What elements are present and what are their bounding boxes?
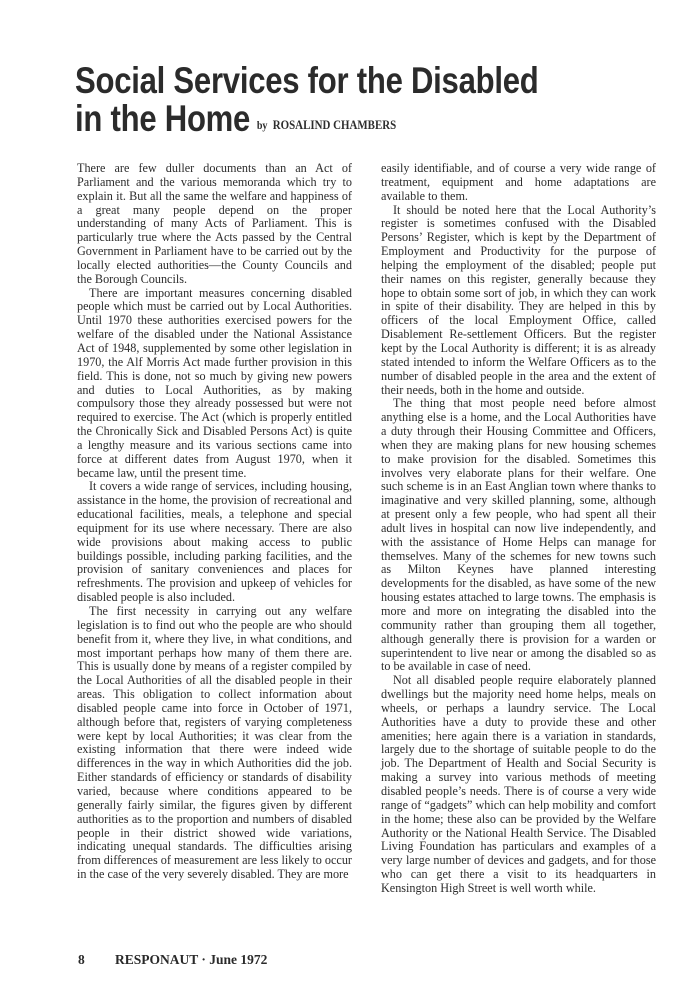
paragraph: There are few duller documents than an A… — [77, 162, 352, 287]
author-name: ROSALIND CHAMBERS — [273, 117, 396, 132]
paragraph: The thing that most people need before a… — [381, 397, 656, 674]
page-footer: 8RESPONAUT · June 1972 — [78, 952, 267, 968]
right-column: easily identifiable, and of course a ver… — [381, 162, 656, 896]
paragraph: There are important measures concerning … — [77, 287, 352, 481]
title-line-1: Social Services for the Disabled — [75, 60, 539, 101]
left-column: There are few duller documents than an A… — [77, 162, 352, 882]
publication-info: RESPONAUT · June 1972 — [115, 952, 267, 967]
article-title: Social Services for the Disabled in the … — [75, 62, 539, 144]
paragraph: It should be noted here that the Local A… — [381, 204, 656, 398]
title-line-2: in the Home — [75, 98, 250, 139]
paragraph: It covers a wide range of services, incl… — [77, 480, 352, 605]
paragraph-continued: easily identifiable, and of course a ver… — [381, 162, 656, 204]
paragraph: Not all disabled people require elaborat… — [381, 674, 656, 896]
paragraph: The first necessity in carrying out any … — [77, 605, 352, 882]
title-line-2-wrapper: in the Homeby ROSALIND CHAMBERS — [75, 100, 539, 144]
byline-prefix: by — [257, 118, 268, 132]
page-number: 8 — [78, 952, 115, 968]
byline: by ROSALIND CHAMBERS — [257, 117, 396, 132]
